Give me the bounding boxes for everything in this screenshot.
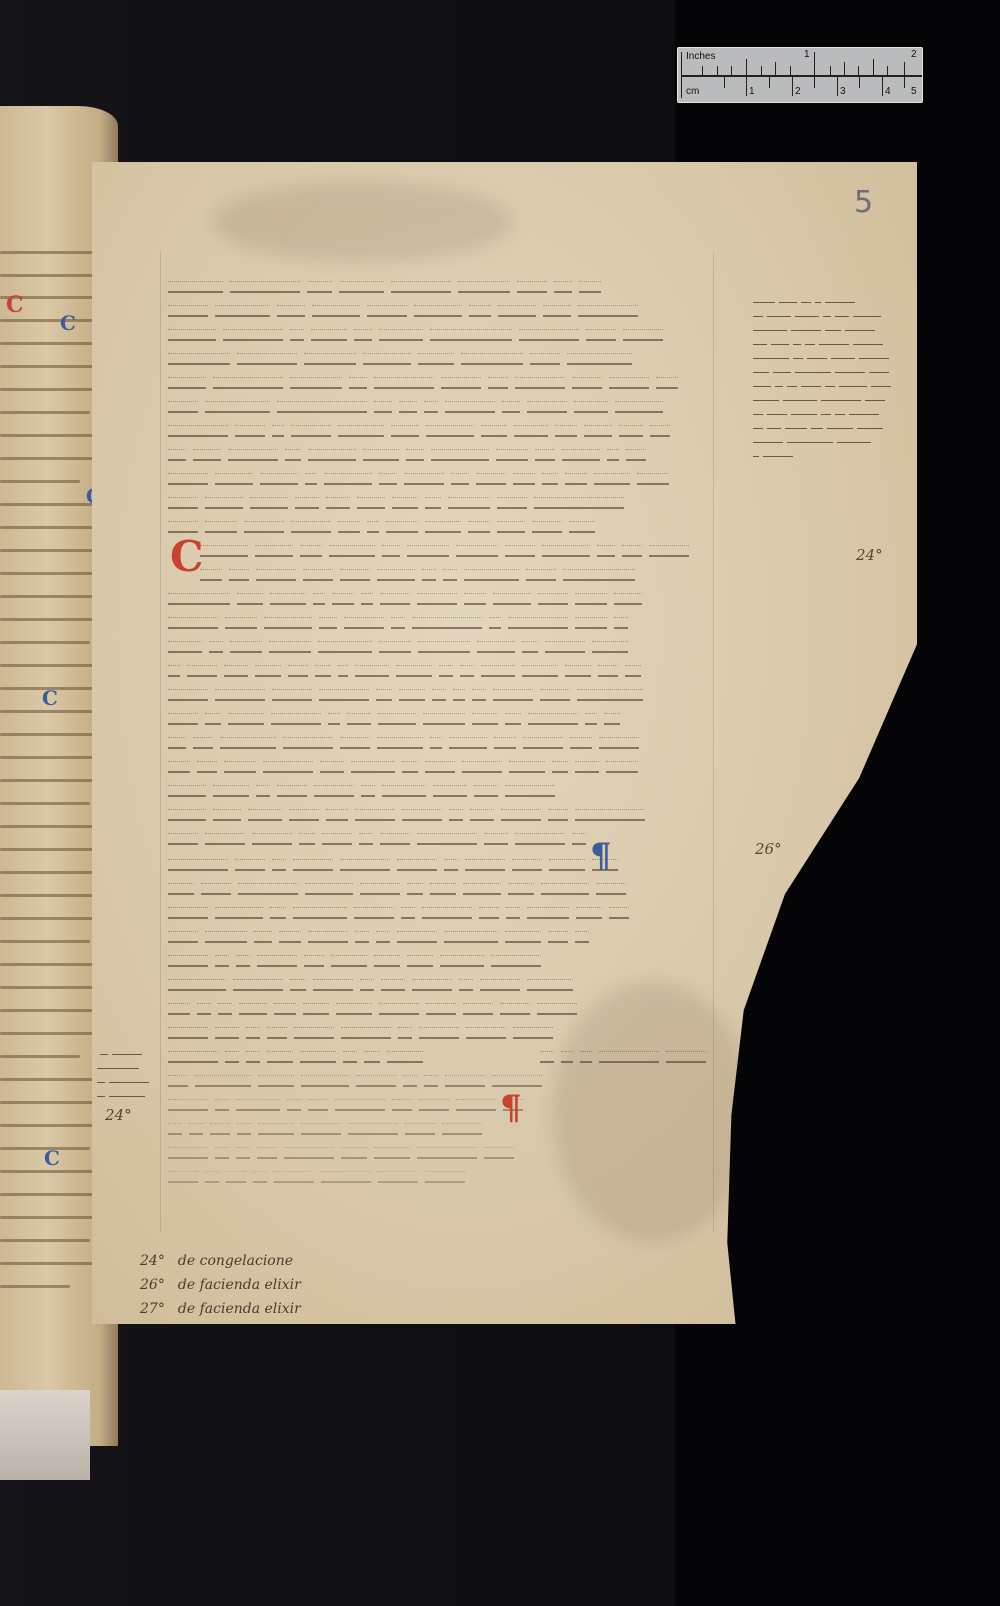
left-blue-initial-1: C: [60, 311, 76, 335]
margin-number-left-24: 24°: [105, 1106, 132, 1124]
margin-number-24: 24°: [856, 546, 883, 564]
left-red-initial: C: [6, 292, 24, 318]
ruler-cm-3: 3: [840, 86, 846, 97]
ruler-cm-1: 1: [749, 86, 755, 97]
ruler-cm-5: 5: [911, 86, 917, 97]
ruler-inch-2: 2: [911, 49, 917, 60]
red-paragraph-mark: ¶: [500, 1088, 522, 1128]
footer-entry: 26° de facienda elixir: [140, 1274, 301, 1293]
ruler-inch-1: 1: [804, 49, 810, 60]
left-blue-initial-4: C: [44, 1146, 60, 1170]
ruling-line-left: [160, 252, 161, 1232]
ruler-cm-4: 4: [885, 86, 891, 97]
scale-ruler: Inches cm 1 2 1 2 3 4 5: [677, 47, 923, 103]
margin-number-26: 26°: [755, 840, 782, 858]
left-blue-initial-3: C: [42, 686, 58, 710]
blue-paragraph-mark: ¶: [590, 836, 612, 876]
footer-entry: 27° de facienda elixir: [140, 1298, 301, 1317]
ruler-cm-2: 2: [795, 86, 801, 97]
footer-entry: 24° de congelacione: [140, 1250, 293, 1269]
ruler-cm-label: cm: [686, 86, 699, 97]
red-initial-c: C: [170, 532, 203, 581]
folio-number: 5: [854, 185, 873, 220]
left-page-paper-stub: [0, 1390, 90, 1480]
ruler-inches-label: Inches: [686, 51, 715, 62]
